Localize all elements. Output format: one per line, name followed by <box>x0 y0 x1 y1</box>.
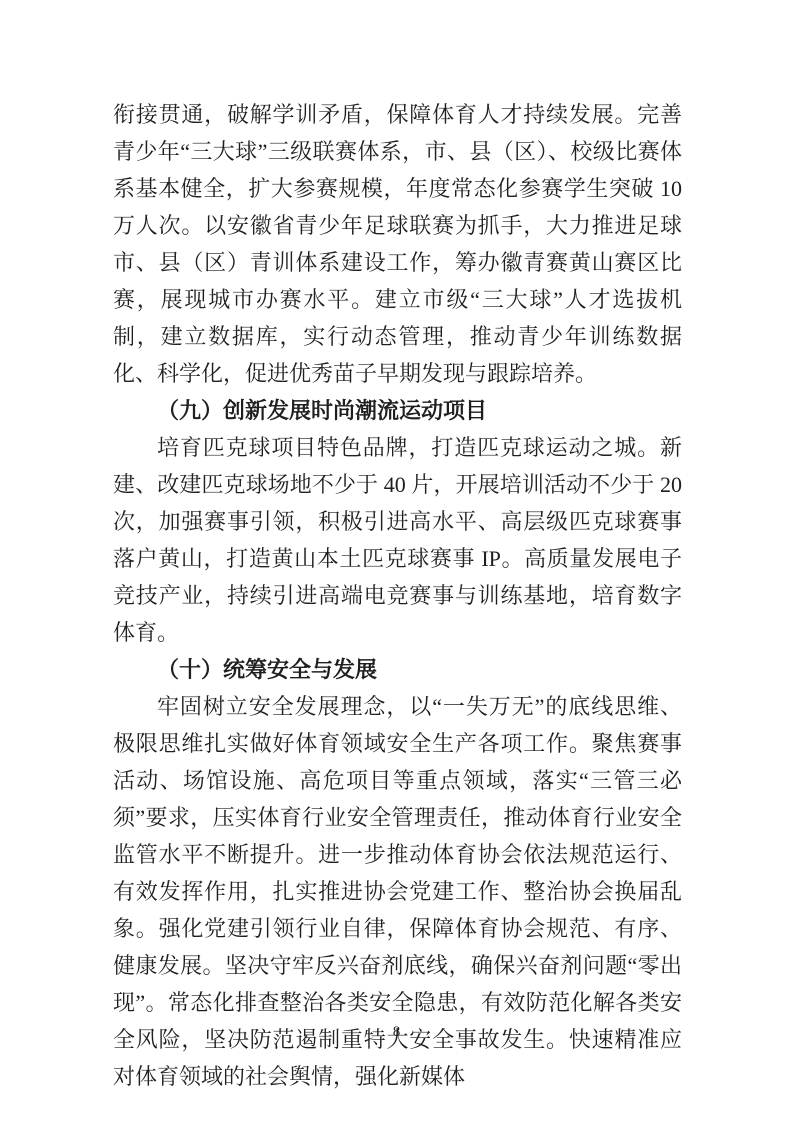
document-body: 衔接贯通，破解学训矛盾，保障体育人才持续发展。完善青少年“三大球”三级联赛体系，… <box>113 96 682 1095</box>
body-paragraph: 衔接贯通，破解学训矛盾，保障体育人才持续发展。完善青少年“三大球”三级联赛体系，… <box>113 96 682 392</box>
section-heading: （十）统筹安全与发展 <box>113 651 682 688</box>
document-page: 衔接贯通，破解学训矛盾，保障体育人才持续发展。完善青少年“三大球”三级联赛体系，… <box>0 0 793 1122</box>
page-number: 8 <box>0 1022 793 1042</box>
section-heading: （九）创新发展时尚潮流运动项目 <box>113 392 682 429</box>
body-paragraph: 培育匹克球项目特色品牌，打造匹克球运动之城。新建、改建匹克球场地不少于 40 片… <box>113 429 682 651</box>
